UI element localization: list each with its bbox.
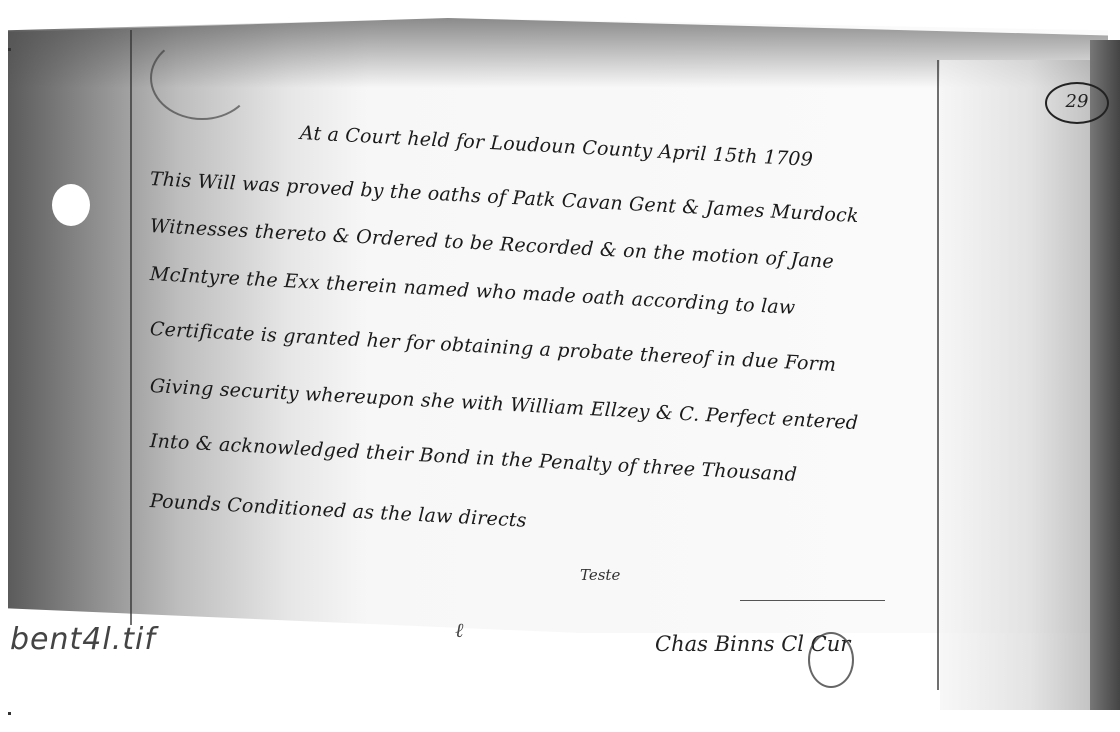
page-number: 29: [1045, 82, 1109, 124]
teste-label: Teste: [580, 566, 620, 584]
left-margin-rule: [130, 30, 132, 625]
right-edge-shadow: [1090, 40, 1120, 710]
dust-speck: [8, 712, 11, 715]
punch-hole: [52, 184, 90, 226]
pen-mark: ℓ: [455, 618, 463, 643]
scanned-document: 29 At a Court held for Loudoun County Ap…: [0, 0, 1120, 732]
right-margin-shadow: [940, 60, 1090, 710]
right-margin-rule: [937, 60, 939, 690]
signature-flourish-circle: [808, 632, 854, 688]
filename-label: bent4l.tif: [10, 622, 156, 657]
pen-flourish: [150, 36, 254, 120]
dust-speck: [8, 48, 11, 51]
signature-rule: [740, 600, 885, 601]
